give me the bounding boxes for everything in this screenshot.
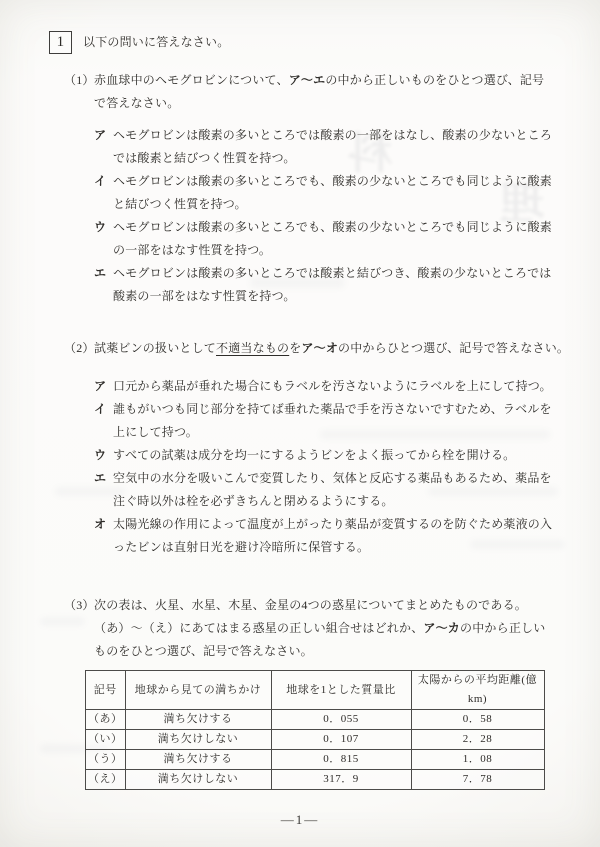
option-label: イ xyxy=(94,398,113,444)
option-label: ウ xyxy=(94,444,113,467)
option-text: すべての試薬は成分を均一にするようビンをよく振ってから栓を開ける。 xyxy=(113,444,560,467)
subquestion-2-prompt: 試薬ビンの扱いとして不適当なものをア〜オの中からひとつ選び、記号で答えなさい。 xyxy=(94,337,576,360)
cell-phase: 満ち欠けする xyxy=(125,750,271,770)
cell-distance: 1．08 xyxy=(411,750,544,770)
column-header-mass: 地球を1とした質量比 xyxy=(271,671,411,710)
question-1-header: 1 以下の問いに答えなさい。 xyxy=(49,31,229,54)
option-label: イ xyxy=(94,170,113,216)
subquestion-2-number: （2） xyxy=(64,337,94,360)
exam-page: 科 理 1 以下の問いに答えなさい。 （1） 赤血球中のヘモグロビンについて、ア… xyxy=(0,0,600,847)
option-i: イ ヘモグロビンは酸素の多いところでも、酸素の少ないところでも同じように酸素と結… xyxy=(94,170,576,216)
option-label: ア xyxy=(94,375,113,398)
subquestion-3-prompt: 次の表は、火星、水星、木星、金星の4つの惑星についてまとめたものである。 （あ）… xyxy=(94,594,552,663)
cell-distance: 2．28 xyxy=(411,730,544,750)
table-header-row: 記号 地球から見ての満ちかけ 地球を1とした質量比 太陽からの平均距離(億km) xyxy=(86,671,545,710)
subquestion-2-options: ア 口元から薬品が垂れた場合にもラベルを汚さないようにラベルを上にして持つ。 イ… xyxy=(94,375,576,559)
cell-phase: 満ち欠けする xyxy=(125,710,271,730)
option-e: エ 空気中の水分を吸いこんで変質したり、気体と反応する薬品もあるため、薬品を注ぐ… xyxy=(94,467,576,513)
cell-mass: 317．9 xyxy=(271,770,411,790)
subquestion-1-prompt: 赤血球中のヘモグロビンについて、ア〜エの中から正しいものをひとつ選び、記号で答え… xyxy=(94,69,552,115)
prompt-text: 次の表は、火星、水星、木星、金星の4つの惑星についてまとめたものである。 xyxy=(94,594,552,617)
cell-mass: 0．055 xyxy=(271,710,411,730)
option-a: ア 口元から薬品が垂れた場合にもラベルを汚さないようにラベルを上にして持つ。 xyxy=(94,375,576,398)
cell-mass: 0．107 xyxy=(271,730,411,750)
cell-phase: 満ち欠けしない xyxy=(125,770,271,790)
option-text: 空気中の水分を吸いこんで変質したり、気体と反応する薬品もあるため、薬品を注ぐ時以… xyxy=(113,467,560,513)
option-i: イ 誰もがいつも同じ部分を持てば垂れた薬品で手を汚さないですむため、ラベルを上に… xyxy=(94,398,576,444)
column-header-phase: 地球から見ての満ちかけ xyxy=(125,671,271,710)
cell-distance: 7．78 xyxy=(411,770,544,790)
option-label: ウ xyxy=(94,216,113,262)
prompt-text: （あ）～（え）にあてはまる惑星の正しい組合せはどれか、 xyxy=(94,621,423,635)
option-u: ウ すべての試薬は成分を均一にするようビンをよく振ってから栓を開ける。 xyxy=(94,444,576,467)
prompt-choice-range: ア〜オ xyxy=(301,341,338,355)
cell-symbol: （う） xyxy=(86,750,126,770)
question-heading: 以下の問いに答えなさい。 xyxy=(83,31,229,54)
option-e: エ ヘモグロビンは酸素の多いところでは酸素と結びつき、酸素の少ないところでは酸素… xyxy=(94,262,576,308)
table-row: （あ） 満ち欠けする 0．055 0．58 xyxy=(86,710,545,730)
prompt-underlined-text: 不適当なもの xyxy=(216,341,289,355)
prompt-text: 赤血球中のヘモグロビンについて、 xyxy=(94,73,289,87)
option-label: オ xyxy=(94,513,113,559)
subquestion-1: （1） 赤血球中のヘモグロビンについて、ア〜エの中から正しいものをひとつ選び、記… xyxy=(64,69,576,308)
option-text: ヘモグロビンは酸素の多いところでは酸素と結びつき、酸素の少ないところでは酸素の一… xyxy=(113,262,560,308)
table-row: （い） 満ち欠けしない 0．107 2．28 xyxy=(86,730,545,750)
option-label: エ xyxy=(94,467,113,513)
question-number-box: 1 xyxy=(49,31,72,54)
subquestion-1-number: （1） xyxy=(64,69,94,115)
table-row: （え） 満ち欠けしない 317．9 7．78 xyxy=(86,770,545,790)
option-u: ウ ヘモグロビンは酸素の多いところでも、酸素の少ないところでも同じように酸素の一… xyxy=(94,216,576,262)
cell-distance: 0．58 xyxy=(411,710,544,730)
column-header-distance: 太陽からの平均距離(億km) xyxy=(411,671,544,710)
option-text: ヘモグロビンは酸素の多いところでも、酸素の少ないところでも同じように酸素と結びつ… xyxy=(113,170,560,216)
subquestion-1-options: ア ヘモグロビンは酸素の多いところでは酸素の一部をはなし、酸素の少ないところでは… xyxy=(94,124,576,308)
planet-data-table: 記号 地球から見ての満ちかけ 地球を1とした質量比 太陽からの平均距離(億km)… xyxy=(85,670,545,790)
prompt-text: を xyxy=(289,341,301,355)
cell-symbol: （い） xyxy=(86,730,126,750)
option-text: ヘモグロビンは酸素の多いところでも、酸素の少ないところでも同じように酸素の一部を… xyxy=(113,216,560,262)
option-label: エ xyxy=(94,262,113,308)
cell-symbol: （あ） xyxy=(86,710,126,730)
option-text: ヘモグロビンは酸素の多いところでは酸素の一部をはなし、酸素の少ないところでは酸素… xyxy=(113,124,560,170)
subquestion-3: （3） 次の表は、火星、水星、木星、金星の4つの惑星についてまとめたものである。… xyxy=(64,594,576,790)
option-o: オ 太陽光線の作用によって温度が上がったり薬品が変質するのを防ぐため薬液の入った… xyxy=(94,513,576,559)
option-label: ア xyxy=(94,124,113,170)
cell-mass: 0．815 xyxy=(271,750,411,770)
cell-phase: 満ち欠けしない xyxy=(125,730,271,750)
option-text: 口元から薬品が垂れた場合にもラベルを汚さないようにラベルを上にして持つ。 xyxy=(113,375,560,398)
subquestion-2: （2） 試薬ビンの扱いとして不適当なものをア〜オの中からひとつ選び、記号で答えな… xyxy=(64,337,576,559)
option-a: ア ヘモグロビンは酸素の多いところでは酸素の一部をはなし、酸素の少ないところでは… xyxy=(94,124,576,170)
prompt-text: 試薬ビンの扱いとして xyxy=(94,341,216,355)
prompt-choice-range: ア〜カ xyxy=(423,621,460,635)
prompt-text: の中からひとつ選び、記号で答えなさい。 xyxy=(338,341,569,355)
option-text: 太陽光線の作用によって温度が上がったり薬品が変質するのを防ぐため薬液の入ったビン… xyxy=(113,513,560,559)
prompt-choice-range: ア〜エ xyxy=(289,73,326,87)
table-row: （う） 満ち欠けする 0．815 1．08 xyxy=(86,750,545,770)
subquestion-3-number: （3） xyxy=(64,594,94,663)
cell-symbol: （え） xyxy=(86,770,126,790)
column-header-symbol: 記号 xyxy=(86,671,126,710)
prompt-text: （あ）～（え）にあてはまる惑星の正しい組合せはどれか、ア〜カの中から正しいものを… xyxy=(94,617,552,663)
page-number: —1— xyxy=(0,808,600,831)
option-text: 誰もがいつも同じ部分を持てば垂れた薬品で手を汚さないですむため、ラベルを上にして… xyxy=(113,398,560,444)
